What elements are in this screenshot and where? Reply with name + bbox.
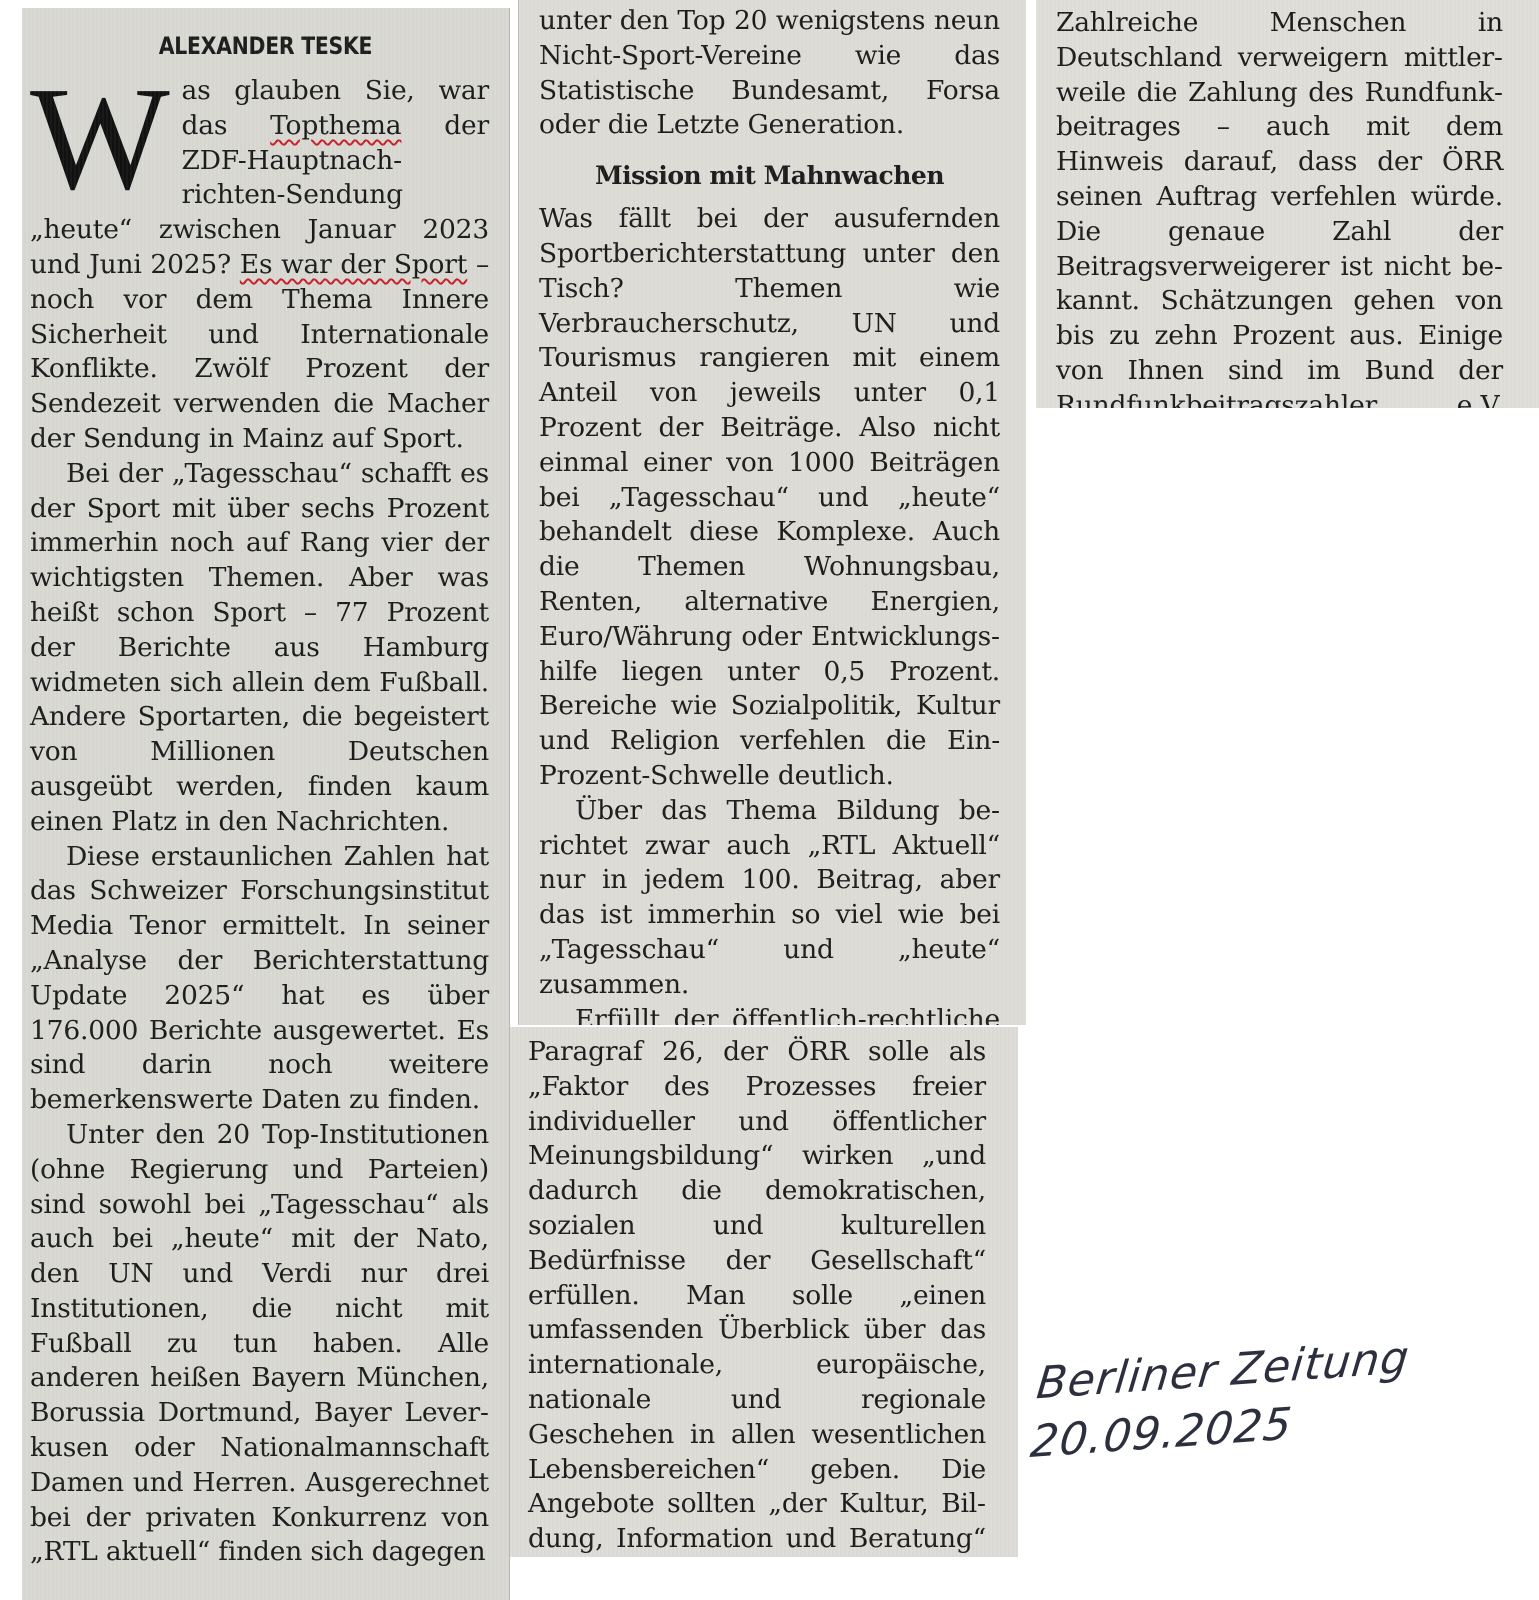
drop-cap: W [30,80,170,198]
handwritten-source-note: Berliner Zeitung 20.09.2025 [1028,1329,1413,1472]
highlight-sport: Es war der Sport [240,249,467,280]
paragraph: Was fällt bei der ausufernden Sport­beri… [539,202,1000,794]
highlight-topthema: Topthema [270,110,401,141]
paragraph: Über das Thema Bildung be­richtet zwar a… [539,794,1000,1003]
paragraph: Paragraf 26, der ÖRR solle als „Fak­tor … [528,1035,986,1557]
paragraph: Erfüllt der öffentlich-rechtliche Rundfu… [539,1003,1000,1025]
article-column-2-bottom: Paragraf 26, der ÖRR solle als „Fak­tor … [510,1027,1018,1557]
author-byline: ALEXANDER TESKE [59,32,473,60]
paragraph: Diese erstaunlichen Zahlen hat das Schwe… [30,840,489,1118]
paragraph-intro: Was glauben Sie, war das Topthema der ZD… [30,74,489,457]
article-column-3: Zahlreiche Menschen in Deutschland verwe… [1036,0,1539,408]
subheading: Mission mit Mahnwachen [539,161,1000,190]
paragraph: unter den Top 20 wenigstens neun Nicht-S… [539,4,1000,143]
paragraph: Unter den 20 Top-Institutionen (ohne Reg… [30,1118,489,1570]
article-column-1: ALEXANDER TESKE Was glauben Sie, war das… [22,8,510,1600]
paragraph: Bei der „Tagesschau“ schafft es der Spor… [30,457,489,840]
paragraph: Zahlreiche Menschen in Deutschland verwe… [1056,6,1503,408]
article-column-2-top: unter den Top 20 wenigstens neun Nicht-S… [518,0,1026,1025]
